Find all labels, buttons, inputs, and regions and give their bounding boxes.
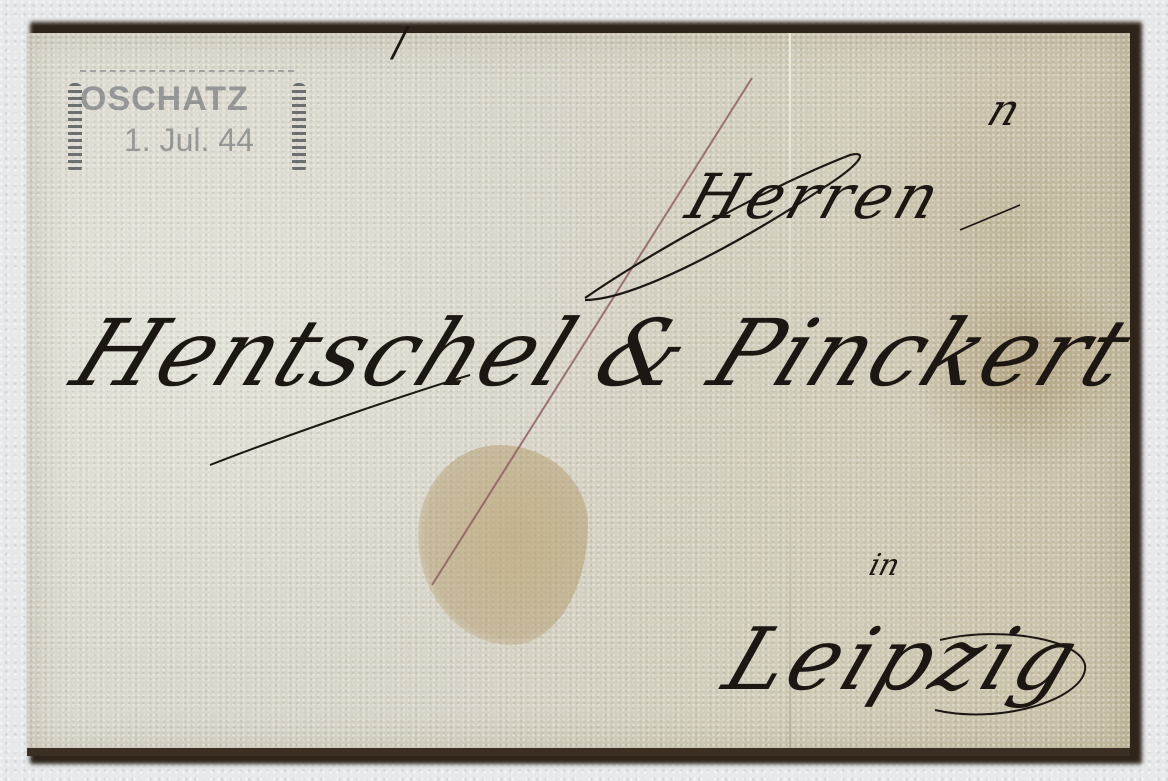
postmark-date: 1. Jul. 44	[124, 122, 254, 159]
postmark-town: OSCHATZ	[80, 80, 249, 119]
postmark-stamp: OSCHATZ 1. Jul. 44	[62, 58, 312, 173]
salutation-text: Herren	[678, 160, 952, 233]
letter-bottom-edge	[27, 748, 1130, 756]
photo-scene: OSCHATZ 1. Jul. 44 / n Herren Hentschel …	[0, 0, 1168, 781]
addressee-name: Hentschel & Pinckert	[58, 300, 1148, 407]
postmark-wavy-border-right	[292, 83, 306, 173]
top-tick-mark: /	[393, 20, 406, 66]
destination-city: Leipzig	[712, 610, 1095, 710]
